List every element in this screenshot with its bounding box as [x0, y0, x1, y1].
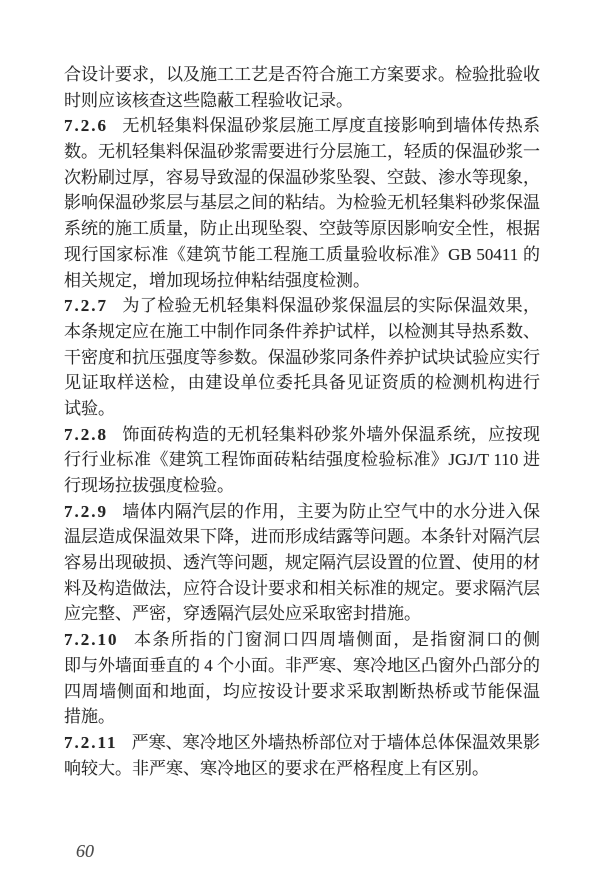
- text-line-content: 为了检验无机轻集料保温砂浆保温层的实际保温效果，: [122, 296, 540, 315]
- text-line-content: 行行业标准《建筑工程饰面砖粘结强度检验标准》JGJ/T 110 进: [64, 450, 540, 469]
- text-line-content: 即与外墙面垂直的 4 个小面。非严寒、寒冷地区凸窗外凸部分的: [64, 656, 540, 675]
- text-line-content: 四周墙侧面和地面，均应按设计要求采取割断热桥或节能保温: [64, 682, 540, 701]
- text-line: 7.2.10本条所指的门窗洞口四周墙侧面，是指窗洞口的侧面，: [64, 627, 540, 653]
- text-line-content: 影响保温砂浆层与基层之间的粘结。为检验无机轻集料砂浆保温: [64, 193, 540, 212]
- text-line-content: 料及构造做法，应符合设计要求和相关标准的规定。要求隔汽层: [64, 579, 540, 598]
- text-line: 次粉刷过厚，容易导致湿的保温砂浆坠裂、空鼓、渗水等现象，: [64, 165, 540, 191]
- text-line-content: 本条规定应在施工中制作同条件养护试样，以检测其导热系数、: [64, 322, 540, 341]
- text-line: 7.2.11严寒、寒冷地区外墙热桥部位对于墙体总体保温效果影: [64, 730, 540, 756]
- text-line: 见证取样送检，由建设单位委托具备见证资质的检测机构进行: [64, 370, 540, 396]
- text-line-content: 见证取样送检，由建设单位委托具备见证资质的检测机构进行: [64, 373, 540, 392]
- text-line-content: 措施。: [64, 707, 115, 726]
- text-line: 7.2.8饰面砖构造的无机轻集料砂浆外墙外保温系统，应按现: [64, 422, 540, 448]
- text-line-content: 无机轻集料保温砂浆层施工厚度直接影响到墙体传热系: [122, 116, 540, 135]
- text-line-content: 次粉刷过厚，容易导致湿的保温砂浆坠裂、空鼓、渗水等现象，: [64, 168, 540, 187]
- clause-number: 7.2.7: [64, 296, 108, 315]
- text-line: 相关规定，增加现场拉伸粘结强度检测。: [64, 268, 540, 294]
- text-line: 行现场拉拔强度检验。: [64, 473, 540, 499]
- clause-number: 7.2.11: [64, 733, 118, 752]
- text-line: 干密度和抗压强度等参数。保温砂浆同条件养护试块试验应实行: [64, 345, 540, 371]
- text-line: 即与外墙面垂直的 4 个小面。非严寒、寒冷地区凸窗外凸部分的: [64, 653, 540, 679]
- text-line: 应完整、严密，穿透隔汽层处应采取密封措施。: [64, 601, 540, 627]
- text-line-content: 容易出现破损、透汽等问题，规定隔汽层设置的位置、使用的材: [64, 553, 540, 572]
- text-line-content: 合设计要求，以及施工工艺是否符合施工方案要求。检验批验收: [64, 65, 540, 84]
- text-line-content: 饰面砖构造的无机轻集料砂浆外墙外保温系统，应按现: [122, 425, 540, 444]
- clause-number: 7.2.8: [64, 425, 108, 444]
- text-line-content: 相关规定，增加现场拉伸粘结强度检测。: [64, 271, 370, 290]
- text-line: 合设计要求，以及施工工艺是否符合施工方案要求。检验批验收: [64, 62, 540, 88]
- text-line-content: 严寒、寒冷地区外墙热桥部位对于墙体总体保温效果影: [132, 733, 540, 752]
- body-text: 合设计要求，以及施工工艺是否符合施工方案要求。检验批验收 时则应该核查这些隐蔽工…: [64, 62, 540, 781]
- text-line-content: 试验。: [64, 399, 115, 418]
- text-line: 措施。: [64, 704, 540, 730]
- text-line-content: 数。无机轻集料保温砂浆需要进行分层施工，轻质的保温砂浆一: [64, 142, 540, 161]
- text-line: 时则应该核查这些隐蔽工程验收记录。: [64, 88, 540, 114]
- document-page: 合设计要求，以及施工工艺是否符合施工方案要求。检验批验收 时则应该核查这些隐蔽工…: [0, 0, 600, 877]
- text-line-content: 干密度和抗压强度等参数。保温砂浆同条件养护试块试验应实行: [64, 348, 540, 367]
- clause-number: 7.2.6: [64, 116, 108, 135]
- text-line-content: 应完整、严密，穿透隔汽层处应采取密封措施。: [64, 604, 421, 623]
- text-line-content: 墙体内隔汽层的作用，主要为防止空气中的水分进入保: [122, 502, 540, 521]
- text-line: 响较大。非严寒、寒冷地区的要求在严格程度上有区别。: [64, 756, 540, 782]
- text-line: 7.2.9墙体内隔汽层的作用，主要为防止空气中的水分进入保: [64, 499, 540, 525]
- text-line: 温层造成保温效果下降，进而形成结露等问题。本条针对隔汽层: [64, 524, 540, 550]
- clause-number: 7.2.9: [64, 502, 108, 521]
- text-line: 影响保温砂浆层与基层之间的粘结。为检验无机轻集料砂浆保温: [64, 190, 540, 216]
- page-number: 60: [76, 841, 94, 862]
- text-line: 容易出现破损、透汽等问题，规定隔汽层设置的位置、使用的材: [64, 550, 540, 576]
- text-line: 7.2.6无机轻集料保温砂浆层施工厚度直接影响到墙体传热系: [64, 113, 540, 139]
- text-line-content: 温层造成保温效果下降，进而形成结露等问题。本条针对隔汽层: [64, 527, 540, 546]
- text-line: 料及构造做法，应符合设计要求和相关标准的规定。要求隔汽层: [64, 576, 540, 602]
- text-line: 本条规定应在施工中制作同条件养护试样，以检测其导热系数、: [64, 319, 540, 345]
- text-line-content: 系统的施工质量，防止出现坠裂、空鼓等原因影响安全性，根据: [64, 219, 540, 238]
- text-line-content: 现行国家标准《建筑节能工程施工质量验收标准》GB 50411 的: [64, 245, 540, 264]
- text-line: 数。无机轻集料保温砂浆需要进行分层施工，轻质的保温砂浆一: [64, 139, 540, 165]
- text-line: 7.2.7为了检验无机轻集料保温砂浆保温层的实际保温效果，: [64, 293, 540, 319]
- text-line-content: 本条所指的门窗洞口四周墙侧面，是指窗洞口的侧面，: [64, 630, 540, 653]
- text-line: 试验。: [64, 396, 540, 422]
- text-line-content: 时则应该核查这些隐蔽工程验收记录。: [64, 91, 353, 110]
- text-line: 四周墙侧面和地面，均应按设计要求采取割断热桥或节能保温: [64, 679, 540, 705]
- text-line-content: 行现场拉拔强度检验。: [64, 476, 234, 495]
- clause-number: 7.2.10: [64, 630, 119, 649]
- text-line: 行行业标准《建筑工程饰面砖粘结强度检验标准》JGJ/T 110 进: [64, 447, 540, 473]
- text-line-content: 响较大。非严寒、寒冷地区的要求在严格程度上有区别。: [64, 759, 489, 778]
- text-line: 系统的施工质量，防止出现坠裂、空鼓等原因影响安全性，根据: [64, 216, 540, 242]
- text-line: 现行国家标准《建筑节能工程施工质量验收标准》GB 50411 的: [64, 242, 540, 268]
